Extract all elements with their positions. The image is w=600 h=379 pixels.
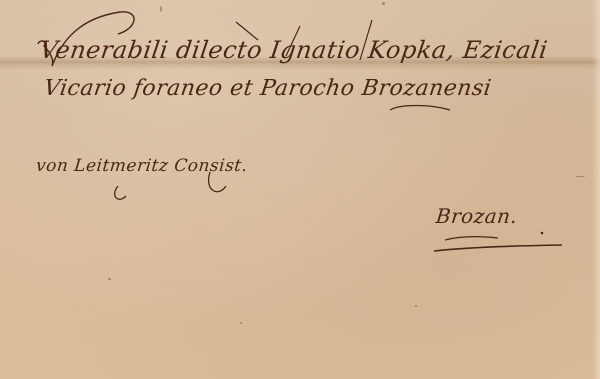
sender-note: von Leitmeritz Consist. xyxy=(35,156,249,176)
address-line-2: Vicario foraneo et Parocho Brozanensi xyxy=(42,76,493,101)
address-line-1: Venerabili dilecto Ignatio Kopka, Ezical… xyxy=(38,36,549,64)
letter-paper: Venerabili dilecto Ignatio Kopka, Ezical… xyxy=(0,0,600,379)
place-name: Brozan. xyxy=(435,204,519,228)
